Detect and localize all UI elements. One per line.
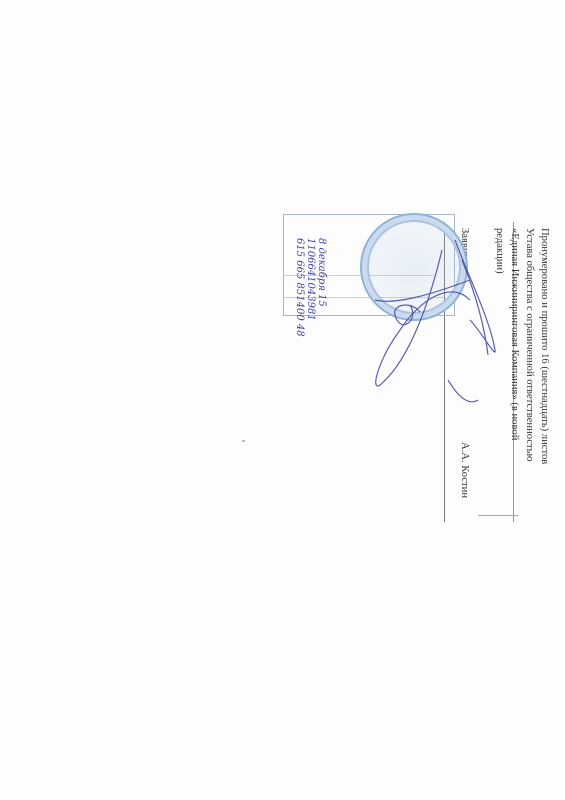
signature-icon: [0, 0, 565, 800]
scan-speck: [242, 440, 245, 442]
scanned-page: Пронумеровано и прошито 16 (шестнадцать)…: [0, 0, 565, 800]
